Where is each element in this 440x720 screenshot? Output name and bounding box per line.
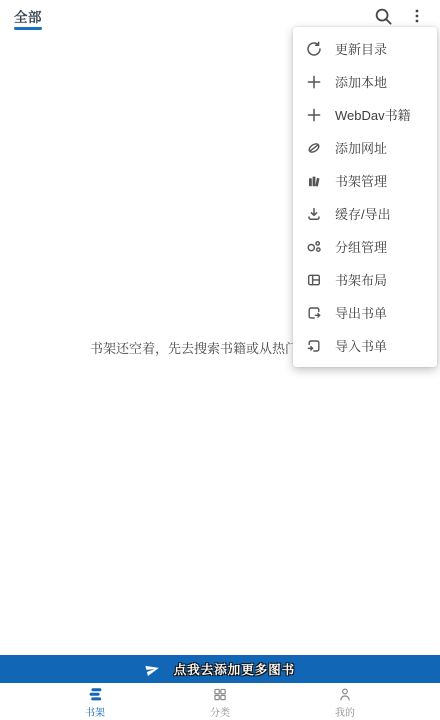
- add-books-banner[interactable]: 点我去添加更多图书: [0, 655, 440, 683]
- plus-icon: [306, 107, 322, 123]
- person-icon: [337, 687, 353, 702]
- send-icon: [143, 660, 161, 678]
- menu-item-label: 书架布局: [335, 270, 387, 289]
- menu-item-label: 书架管理: [335, 171, 387, 190]
- menu-item-group-manage[interactable]: 分组管理: [293, 230, 437, 263]
- overflow-dropdown-menu: 更新目录 添加本地 WebDav书籍 添加网址: [293, 27, 437, 367]
- kebab-menu-icon: [409, 8, 425, 24]
- menu-item-cache-export[interactable]: 缓存/导出: [293, 197, 437, 230]
- menu-item-label: 添加本地: [335, 72, 387, 91]
- banner-label: 点我去添加更多图书: [174, 660, 296, 678]
- menu-item-label: 更新目录: [335, 39, 387, 58]
- tab-active-indicator: [14, 27, 42, 30]
- nav-item-category[interactable]: 分类: [158, 683, 283, 720]
- download-icon: [306, 206, 322, 222]
- bookshelf-screen: 全部 书架还空着，先去搜索书籍或从热门里添加吧 更新目录: [0, 0, 440, 720]
- menu-item-label: 导出书单: [335, 303, 387, 322]
- overflow-menu-button[interactable]: [400, 4, 434, 28]
- books-icon: [306, 173, 322, 189]
- menu-item-label: 添加网址: [335, 138, 387, 157]
- search-icon: [374, 7, 393, 26]
- plus-icon: [306, 74, 322, 90]
- menu-item-label: 缓存/导出: [335, 204, 391, 223]
- menu-item-add-url[interactable]: 添加网址: [293, 131, 437, 164]
- url-icon: [306, 140, 322, 156]
- menu-item-webdav-books[interactable]: WebDav书籍: [293, 98, 437, 131]
- group-icon: [306, 239, 322, 255]
- menu-item-export-booklist[interactable]: 导出书单: [293, 296, 437, 329]
- import-icon: [306, 338, 322, 354]
- grid-icon: [212, 687, 228, 702]
- layout-icon: [306, 272, 322, 288]
- menu-item-import-booklist[interactable]: 导入书单: [293, 329, 437, 362]
- bottom-navigation: 书架 分类 我的: [0, 683, 440, 720]
- nav-label: 分类: [210, 704, 230, 719]
- nav-item-mine[interactable]: 我的: [283, 683, 408, 720]
- menu-item-bookshelf-layout[interactable]: 书架布局: [293, 263, 437, 296]
- nav-item-bookshelf[interactable]: 书架: [33, 683, 158, 720]
- nav-label: 书架: [85, 704, 105, 719]
- menu-item-label: 导入书单: [335, 336, 387, 355]
- bookshelf-icon: [87, 687, 104, 702]
- menu-item-label: 分组管理: [335, 237, 387, 256]
- menu-item-add-local[interactable]: 添加本地: [293, 65, 437, 98]
- app-bar-actions: [366, 4, 434, 28]
- nav-label: 我的: [335, 704, 355, 719]
- refresh-icon: [306, 41, 322, 57]
- tab-all[interactable]: 全部: [14, 6, 42, 26]
- search-button[interactable]: [366, 4, 400, 28]
- menu-item-bookshelf-manage[interactable]: 书架管理: [293, 164, 437, 197]
- menu-item-label: WebDav书籍: [335, 105, 411, 124]
- menu-item-refresh-toc[interactable]: 更新目录: [293, 32, 437, 65]
- export-icon: [306, 305, 322, 321]
